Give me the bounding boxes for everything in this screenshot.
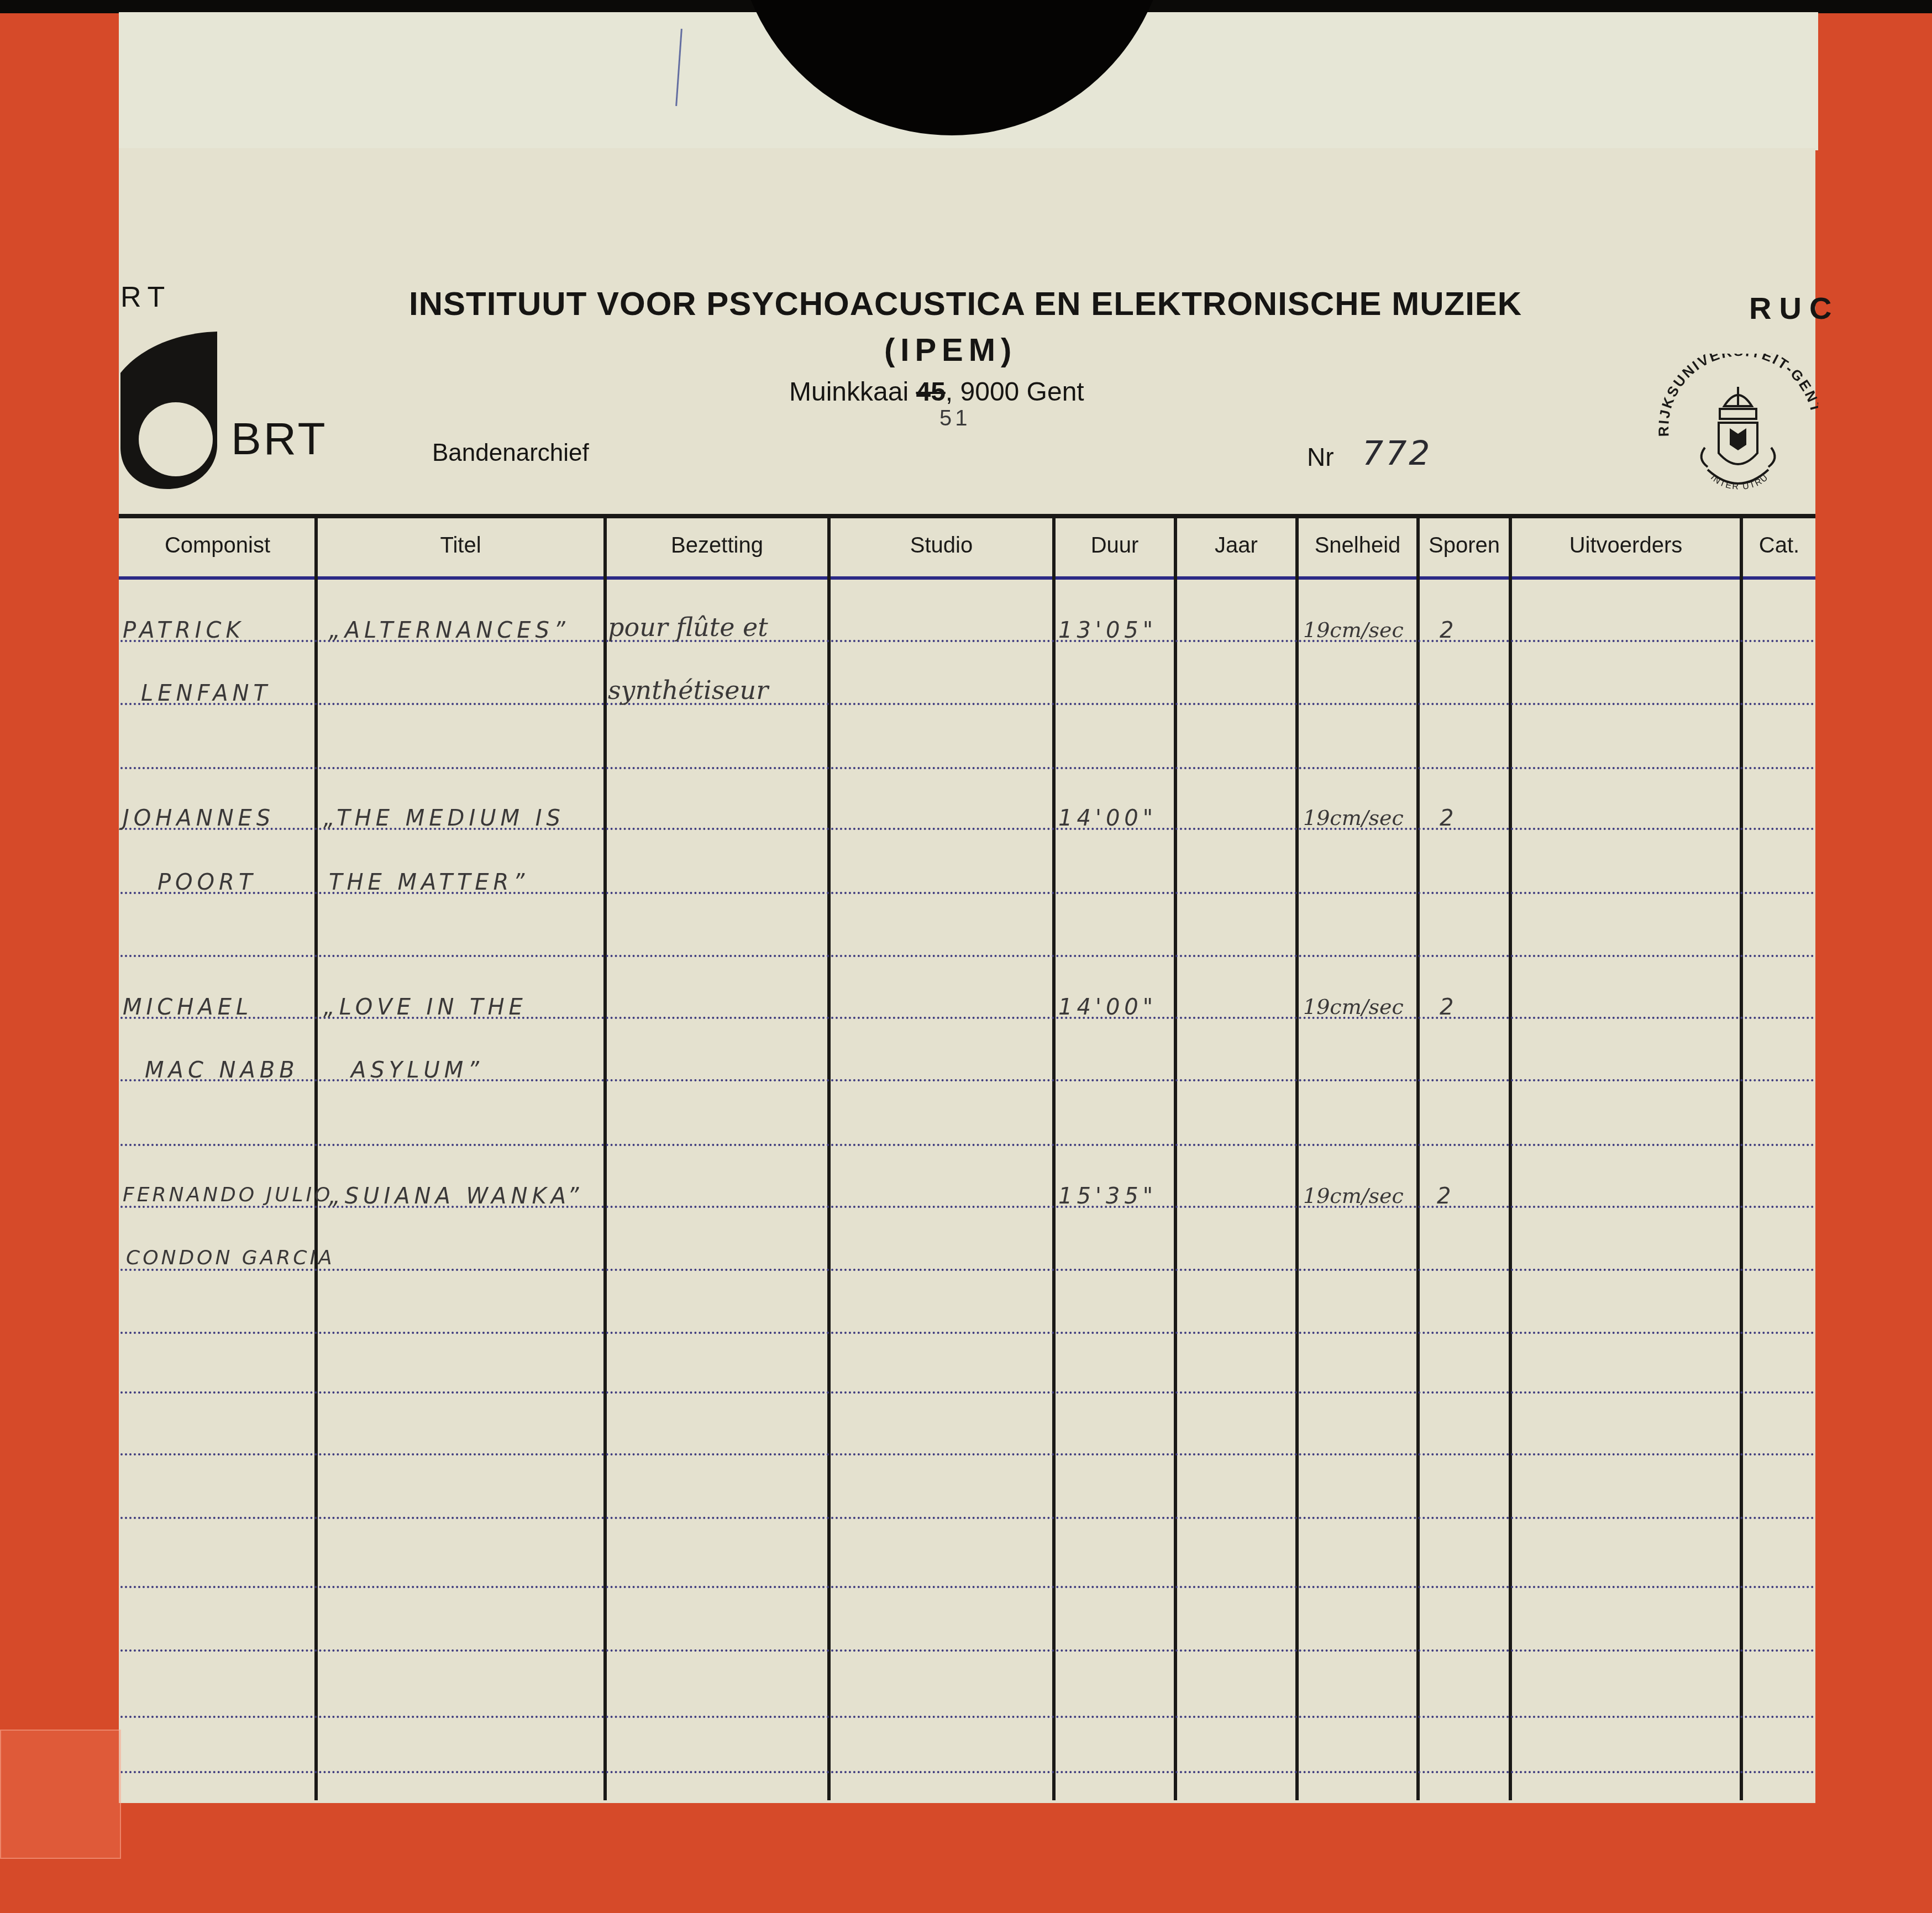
header-uitvoerders: Uitvoerders bbox=[1512, 533, 1740, 558]
snelheid-value: 19cm/sec bbox=[1303, 1184, 1404, 1208]
titel-line2: THE MATTER” bbox=[329, 870, 529, 895]
sporen-value: 2 bbox=[1440, 995, 1458, 1020]
address: Muinkkaai 45, 9000 Gent bbox=[789, 377, 1084, 407]
titel-line1: „SUIANA WANKA” bbox=[329, 1184, 583, 1209]
titel-line1: „LOVE IN THE bbox=[323, 995, 527, 1020]
duur-value: 13'05" bbox=[1058, 618, 1157, 643]
institute-abbrev: (IPEM) bbox=[884, 332, 1017, 369]
header-bottom-rule bbox=[119, 576, 1815, 580]
ruled-line bbox=[120, 1332, 1815, 1334]
duur-value: 15'35" bbox=[1058, 1184, 1157, 1209]
table-top-rule bbox=[119, 514, 1815, 518]
column-divider bbox=[603, 517, 607, 1800]
snelheid-value: 19cm/sec bbox=[1303, 618, 1404, 642]
sporen-value: 2 bbox=[1437, 1184, 1455, 1209]
componist-line2: LENFANT bbox=[141, 681, 271, 706]
header-sporen: Sporen bbox=[1420, 533, 1509, 558]
brt-logo-icon bbox=[120, 332, 217, 489]
header-snelheid: Snelheid bbox=[1299, 533, 1416, 558]
header-titel: Titel bbox=[318, 533, 603, 558]
ruled-line bbox=[120, 703, 1815, 705]
ruled-line bbox=[120, 1144, 1815, 1146]
thumb-cutout bbox=[735, 0, 1169, 135]
address-prefix: Muinkkaai bbox=[789, 377, 916, 407]
address-struck-number: 45 bbox=[916, 377, 945, 407]
bezetting-line2: synthétiseur bbox=[608, 675, 768, 705]
componist-line2: CONDON GARCIA bbox=[126, 1247, 335, 1269]
ruled-line bbox=[120, 1771, 1815, 1773]
titel-line2: ASYLUM” bbox=[351, 1058, 484, 1083]
column-divider bbox=[1295, 517, 1299, 1800]
column-divider bbox=[314, 517, 318, 1800]
thumb-cutout-clip bbox=[0, 0, 1932, 135]
header-duur: Duur bbox=[1056, 533, 1174, 558]
column-divider bbox=[1416, 517, 1420, 1800]
column-divider bbox=[1740, 517, 1743, 1800]
titel-line1: „THE MEDIUM IS bbox=[323, 806, 565, 831]
componist-line1: JOHANNES bbox=[123, 806, 275, 831]
university-seal-icon: RIJKSUNIVERSITEIT-GENT INTER UTRUMQUE bbox=[1658, 354, 1818, 508]
column-divider bbox=[827, 517, 831, 1800]
ruled-line bbox=[120, 767, 1815, 769]
ruled-line bbox=[120, 1517, 1815, 1519]
ruled-line bbox=[120, 1649, 1815, 1652]
nr-label: Nr bbox=[1307, 442, 1334, 472]
titel-line1: „ALTERNANCES” bbox=[329, 618, 570, 643]
header-studio: Studio bbox=[831, 533, 1052, 558]
partial-ruc-text: RUC bbox=[1749, 290, 1839, 326]
ruled-line bbox=[120, 955, 1815, 957]
column-divider bbox=[1052, 517, 1056, 1800]
componist-line1: PATRICK bbox=[123, 618, 245, 643]
archive-label: Bandenarchief bbox=[432, 439, 589, 467]
nr-value: 772 bbox=[1362, 434, 1432, 473]
partial-brt-text: RT bbox=[120, 281, 171, 314]
duur-value: 14'00" bbox=[1058, 806, 1157, 831]
institute-title: INSTITUUT VOOR PSYCHOACUSTICA EN ELEKTRO… bbox=[409, 285, 1522, 323]
componist-line2: POORT bbox=[158, 870, 256, 895]
column-divider bbox=[1174, 517, 1177, 1800]
adhesive-tape bbox=[0, 1730, 121, 1859]
header-bezetting: Bezetting bbox=[607, 533, 827, 558]
componist-line2: MAC NABB bbox=[145, 1058, 299, 1083]
brt-label: BRT bbox=[231, 413, 328, 465]
address-correction: 51 bbox=[939, 406, 971, 431]
sporen-value: 2 bbox=[1440, 806, 1458, 831]
componist-line1: FERNANDO JULIO bbox=[123, 1184, 333, 1206]
duur-value: 14'00" bbox=[1058, 995, 1157, 1020]
ruled-line bbox=[120, 1716, 1815, 1718]
address-suffix: , 9000 Gent bbox=[946, 377, 1084, 407]
header-jaar: Jaar bbox=[1177, 533, 1295, 558]
snelheid-value: 19cm/sec bbox=[1303, 806, 1404, 830]
componist-line1: MICHAEL bbox=[123, 995, 253, 1020]
column-divider bbox=[1509, 517, 1512, 1800]
sporen-value: 2 bbox=[1440, 618, 1458, 643]
ruled-line bbox=[120, 1269, 1815, 1271]
header-componist: Componist bbox=[120, 533, 314, 558]
ruled-line bbox=[120, 1586, 1815, 1588]
header-cat: Cat. bbox=[1743, 533, 1815, 558]
snelheid-value: 19cm/sec bbox=[1303, 995, 1404, 1019]
bezetting-line1: pour flûte et bbox=[608, 612, 768, 642]
ruled-line bbox=[120, 1391, 1815, 1394]
ruled-line bbox=[120, 1453, 1815, 1455]
